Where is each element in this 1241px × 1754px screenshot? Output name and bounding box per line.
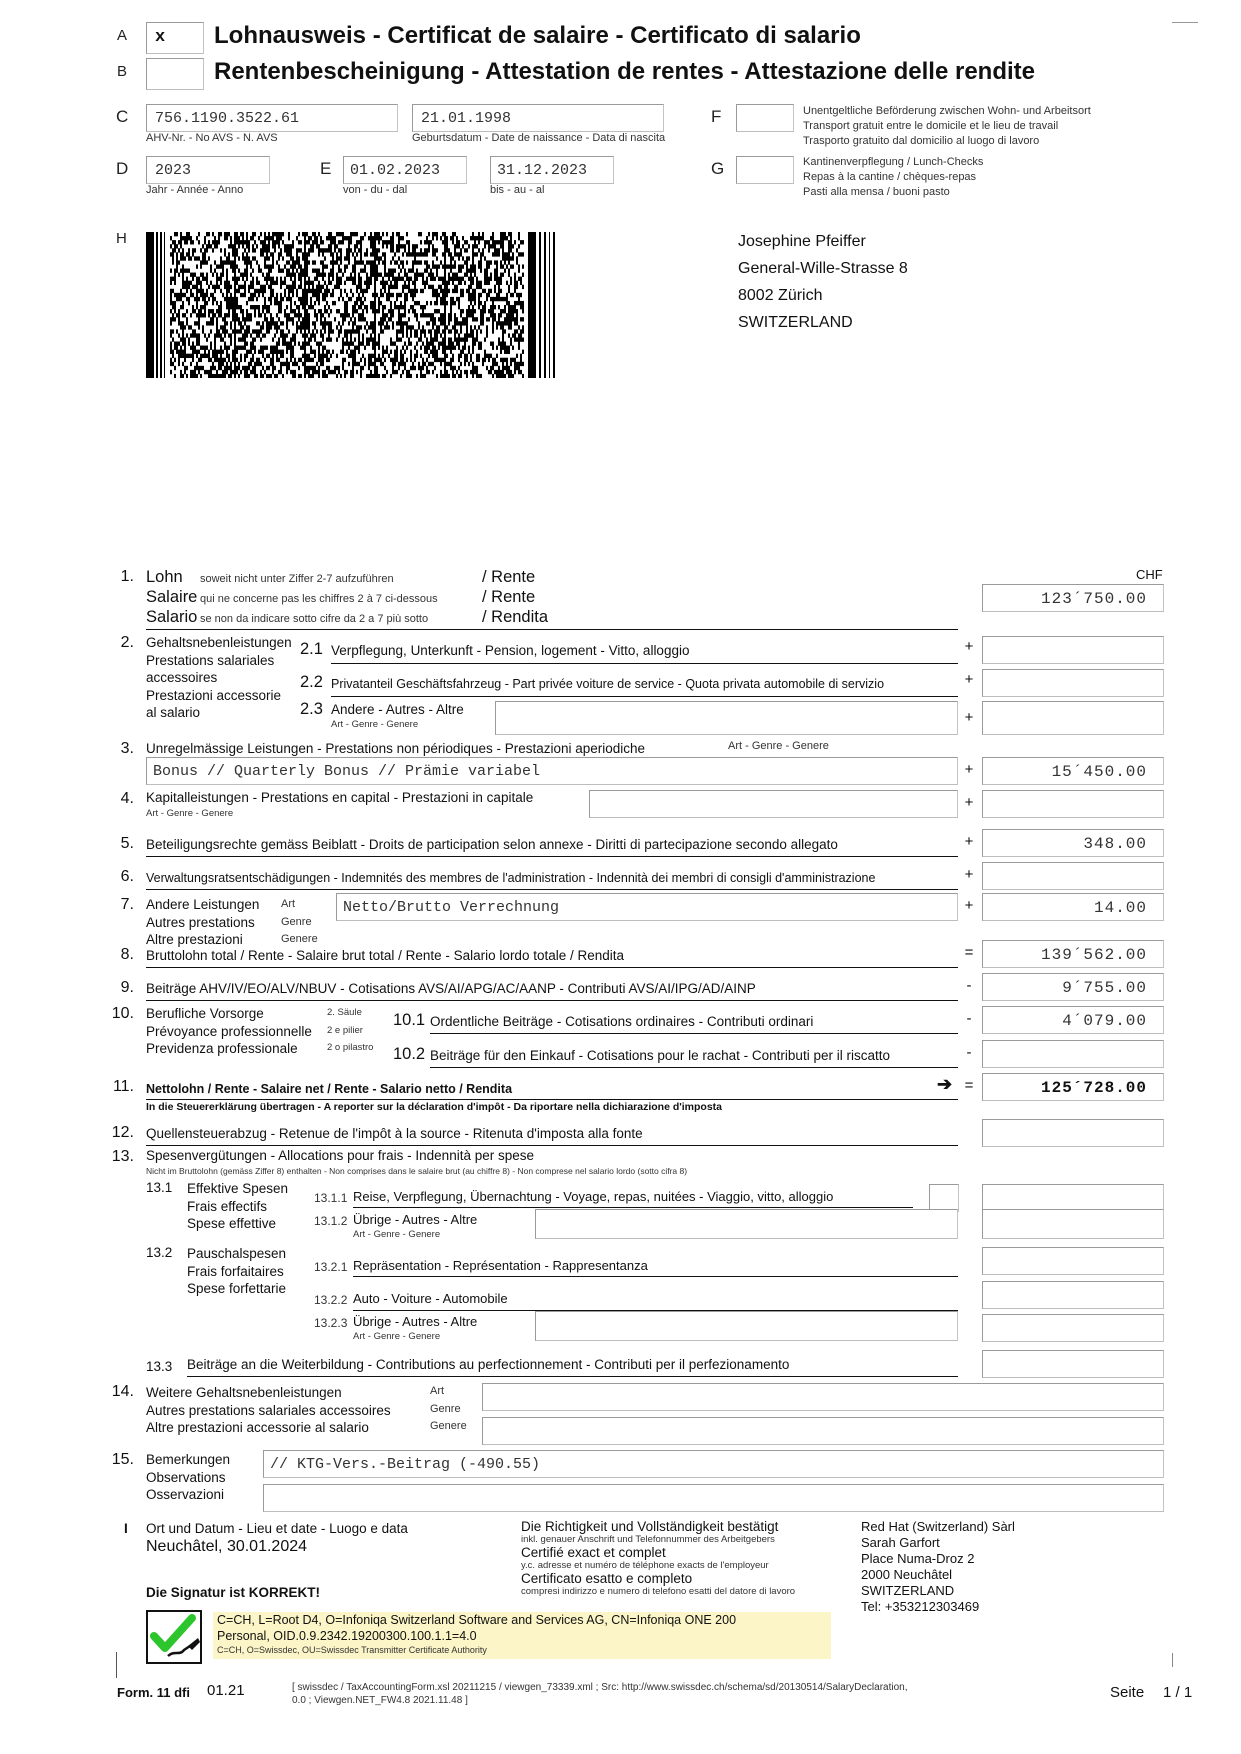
line-6-number: 6. — [104, 868, 134, 886]
title-lohnausweis: Lohnausweis - Certificat de salaire - Ce… — [214, 22, 861, 50]
line-2-text-2: Prestations salariales — [146, 652, 292, 670]
line-13-3-amount-field[interactable] — [982, 1350, 1164, 1378]
line-14-number: 14. — [104, 1383, 134, 1401]
line-8-number: 8. — [104, 946, 134, 964]
employee-street: General-Wille-Strasse 8 — [738, 255, 908, 282]
employer-country: SWITZERLAND — [861, 1583, 1015, 1599]
title-rentenbescheinigung: Rentenbescheinigung - Attestation de ren… — [214, 58, 1035, 86]
arrow-right-icon: ➔ — [937, 1074, 952, 1095]
checkbox-mark: x — [155, 28, 165, 47]
line-2-3-sub: Art - Genre - Genere — [331, 719, 418, 730]
line-11-sub: In die Steuererklärung übertragen - A re… — [146, 1101, 722, 1113]
g-text-fr: Repas à la cantine / chèques-repas — [803, 170, 983, 185]
line-13-1-number: 13.1 — [146, 1180, 172, 1195]
page-number: 1 / 1 — [1163, 1684, 1192, 1701]
line-5-amount: 348.00 — [1083, 835, 1147, 853]
line-1-de: Lohn — [146, 568, 183, 587]
source-info: [ swissdec / TaxAccountingForm.xsl 20211… — [292, 1681, 908, 1707]
line-11-operator: = — [962, 1077, 976, 1094]
ahv-number-value: 756.1190.3522.61 — [155, 110, 299, 127]
line-11-number: 11. — [104, 1078, 134, 1096]
line-15-number: 15. — [104, 1451, 134, 1469]
line-7-type: Netto/Brutto Verrechnung — [343, 899, 559, 916]
line-10-number: 10. — [104, 1005, 134, 1023]
line-14-art-it: Genere — [430, 1418, 467, 1436]
line-2-2-rule — [331, 696, 958, 697]
line-9-number: 9. — [104, 979, 134, 997]
line-7-text-de: Andere Leistungen — [146, 896, 259, 914]
line-13-2-text: Pauschalspesen Frais forfaitaires Spese … — [187, 1245, 286, 1298]
remarks-field-1[interactable]: // KTG-Vers.-Beitrag (-490.55) — [263, 1450, 1164, 1478]
line-13-1-1-text: Reise, Verpflegung, Übernachtung - Voyag… — [353, 1189, 833, 1204]
line-13-2-1-amount-field[interactable] — [982, 1247, 1164, 1275]
confirm-it-sub: compresi indirizzo e numero di telefono … — [521, 1586, 795, 1597]
line-2-3-operator: + — [962, 709, 976, 726]
line-2-text-1: Gehaltsnebenleistungen — [146, 634, 292, 652]
line-7-text-it: Altre prestazioni — [146, 931, 259, 949]
line-15-text-fr: Observations — [146, 1469, 230, 1487]
line-5-rule — [146, 856, 958, 857]
line-6-text: Verwaltungsratsentschädigungen - Indemni… — [146, 871, 875, 885]
line-1-number: 1. — [104, 568, 134, 586]
line-13-2-de: Pauschalspesen — [187, 1245, 286, 1263]
employee-name: Josephine Pfeiffer — [738, 228, 908, 255]
line-13-2-2-number: 13.2.2 — [314, 1293, 347, 1307]
line-12-rule — [146, 1145, 958, 1146]
line-13-2-2-text: Auto - Voiture - Automobile — [353, 1291, 508, 1306]
line-7-number: 7. — [104, 896, 134, 914]
line-10-text-de: Berufliche Vorsorge — [146, 1005, 312, 1023]
line-4-text: Kapitalleistungen - Prestations en capit… — [146, 790, 533, 805]
line-13-2-3-amount-field[interactable] — [982, 1314, 1164, 1342]
line-11-rule — [146, 1099, 958, 1100]
employee-address: Josephine Pfeiffer General-Wille-Strasse… — [738, 228, 908, 336]
line-13-1-1-amount-field[interactable] — [982, 1184, 1164, 1212]
employer-address: Red Hat (Switzerland) Sàrl Sarah Garfort… — [861, 1519, 1015, 1615]
line-10-pillar-fr: 2 e pilier — [327, 1022, 373, 1040]
line-5-operator: + — [962, 833, 976, 850]
employer-city: 2000 Neuchâtel — [861, 1567, 1015, 1583]
line-13-3-number: 13.3 — [146, 1359, 172, 1374]
line-13-1-2-sub: Art - Genre - Genere — [353, 1229, 440, 1240]
employer-name: Red Hat (Switzerland) Sàrl — [861, 1519, 1015, 1535]
line-13-2-3-number: 13.2.3 — [314, 1316, 347, 1330]
line-15-text-de: Bemerkungen — [146, 1451, 230, 1469]
f-text-de: Unentgeltliche Beförderung zwischen Wohn… — [803, 104, 1091, 119]
line-13-2-3-text: Übrige - Autres - Altre — [353, 1314, 477, 1329]
line-2-3-type-field[interactable] — [495, 701, 958, 735]
row-c-label: C — [116, 107, 128, 127]
line-13-1-de: Effektive Spesen — [187, 1180, 288, 1198]
line-4-amount-field[interactable] — [982, 790, 1164, 818]
line-2-number: 2. — [104, 634, 134, 652]
line-7-text-fr: Autres prestations — [146, 914, 259, 932]
line-2-text: Gehaltsnebenleistungen Prestations salar… — [146, 634, 292, 722]
confirm-de-sub: inkl. genauer Anschrift und Telefonnumme… — [521, 1534, 795, 1545]
line-1-amount: 123´750.00 — [1041, 590, 1147, 608]
line-10-2-text: Beiträge für den Einkauf - Cotisations p… — [430, 1048, 890, 1063]
line-10-1-text: Ordentliche Beiträge - Cotisations ordin… — [430, 1014, 813, 1029]
signature-status: Die Signatur ist KORREKT! — [146, 1585, 320, 1600]
line-14-art-fr: Genre — [430, 1401, 467, 1419]
line-10-2-amount-field[interactable] — [982, 1040, 1164, 1068]
year-caption: Jahr - Année - Anno — [146, 184, 243, 196]
confirm-it: Certificato esatto e completo — [521, 1571, 795, 1586]
line-11-text: Nettolohn / Rente - Salaire net / Rente … — [146, 1082, 512, 1096]
employee-city: 8002 Zürich — [738, 282, 908, 309]
line-7-art-it: Genere — [281, 931, 318, 949]
row-d-label: D — [116, 159, 128, 179]
line-5-amount-field[interactable]: 348.00 — [982, 829, 1164, 857]
line-13-1-1-rule — [353, 1207, 913, 1208]
line-4-type-field[interactable] — [589, 790, 958, 818]
line-9-amount: 9´755.00 — [1062, 979, 1147, 997]
line-13-1-2-text: Übrige - Autres - Altre — [353, 1212, 477, 1227]
line-9-text: Beiträge AHV/IV/EO/ALV/NBUV - Cotisation… — [146, 981, 756, 996]
line-9-operator: - — [962, 977, 976, 994]
g-text-it: Pasti alla mensa / buoni pasto — [803, 185, 983, 200]
cert-line-1: C=CH, L=Root D4, O=Infoniqa Switzerland … — [217, 1613, 736, 1627]
employer-street: Place Numa-Droz 2 — [861, 1551, 1015, 1567]
employer-contact: Sarah Garfort — [861, 1535, 1015, 1551]
line-7-type-field[interactable]: Netto/Brutto Verrechnung — [336, 893, 958, 921]
line-10-1-rule — [430, 1033, 958, 1034]
line-3-type: Bonus // Quarterly Bonus // Prämie varia… — [153, 763, 540, 780]
place-date-label: Ort und Datum - Lieu et date - Luogo e d… — [146, 1521, 408, 1536]
free-transport-text: Unentgeltliche Beförderung zwischen Wohn… — [803, 104, 1091, 149]
line-13-1-2-amount-field[interactable] — [982, 1209, 1164, 1239]
canteen-checkbox[interactable] — [736, 156, 794, 184]
line-1-it-rente: / Rendita — [482, 608, 548, 627]
row-i-label: I — [124, 1521, 128, 1536]
line-12-amount-field[interactable] — [982, 1119, 1164, 1147]
free-transport-checkbox[interactable] — [736, 104, 794, 132]
line-3-operator: + — [962, 761, 976, 778]
line-2-1-text: Verpflegung, Unterkunft - Pension, logem… — [331, 643, 689, 658]
line-1-fr: Salaire — [146, 588, 197, 607]
line-4-number: 4. — [104, 790, 134, 808]
lohnausweis-checkbox[interactable]: x — [146, 22, 204, 54]
period-from-field[interactable]: 01.02.2023 — [343, 156, 467, 184]
period-to-caption: bis - au - al — [490, 184, 544, 196]
line-7-art-fr: Genre — [281, 914, 318, 932]
confirm-fr: Certifié exact et complet — [521, 1545, 795, 1560]
line-10-2-operator: - — [962, 1044, 976, 1061]
line-13-2-1-text: Repräsentation - Représentation - Rappre… — [353, 1258, 648, 1273]
line-3-sub: Art - Genre - Genere — [728, 740, 829, 752]
remarks-field-2[interactable] — [263, 1484, 1164, 1512]
line-3-number: 3. — [104, 740, 134, 758]
line-2-3-text: Andere - Autres - Altre — [331, 702, 464, 717]
row-g-label: G — [711, 159, 724, 179]
period-from-value: 01.02.2023 — [350, 162, 440, 179]
remarks-value-1: // KTG-Vers.-Beitrag (-490.55) — [270, 1456, 540, 1473]
line-8-amount: 139´562.00 — [1041, 946, 1147, 964]
line-11-amount-field[interactable]: 125´728.00 — [982, 1073, 1164, 1101]
row-e-label: E — [320, 159, 331, 179]
line-6-amount-field[interactable] — [982, 862, 1164, 890]
line-10-1-amount-field[interactable]: 4´079.00 — [982, 1006, 1164, 1034]
confirm-fr-sub: y.c. adresse et numéro de téléphone exac… — [521, 1560, 795, 1571]
line-13-1-it: Spese effettive — [187, 1215, 288, 1233]
row-h-label: H — [116, 230, 127, 247]
pdf417-barcode — [146, 232, 558, 378]
form-version: 01.21 — [207, 1682, 245, 1699]
line-13-2-3-sub: Art - Genre - Genere — [353, 1331, 440, 1342]
period-to-field[interactable]: 31.12.2023 — [490, 156, 614, 184]
line-13-1-1-check-field[interactable] — [929, 1184, 959, 1212]
employer-phone: Tel: +353212303469 — [861, 1599, 1015, 1615]
employee-country: SWITZERLAND — [738, 309, 908, 336]
line-14-field-2[interactable] — [482, 1417, 1164, 1445]
line-5-number: 5. — [104, 835, 134, 853]
line-1-amount-field[interactable]: 123´750.00 — [982, 584, 1164, 612]
cert-line-2: Personal, OID.0.9.2342.19200300.100.1.1=… — [217, 1629, 477, 1643]
birthdate-field[interactable]: 21.01.1998 — [412, 104, 664, 132]
line-14-art: Art Genre Genere — [430, 1383, 467, 1436]
line-2-1-operator: + — [962, 638, 976, 655]
row-b-label: B — [117, 63, 127, 80]
certificate-info: C=CH, L=Root D4, O=Infoniqa Switzerland … — [213, 1612, 831, 1659]
line-13-number: 13. — [104, 1148, 134, 1166]
line-2-text-4: Prestazioni accessorie — [146, 687, 292, 705]
line-7-amount: 14.00 — [1094, 899, 1147, 917]
line-13-3-text: Beiträge an die Weiterbildung - Contribu… — [187, 1357, 789, 1372]
line-2-2-operator: + — [962, 671, 976, 688]
line-2-1-number: 2.1 — [300, 640, 323, 659]
line-6-operator: + — [962, 866, 976, 883]
line-13-sub: Nicht im Bruttolohn (gemäss Ziffer 8) en… — [146, 1166, 687, 1176]
place-date-value: Neuchâtel, 30.01.2024 — [146, 1538, 307, 1556]
line-7-operator: + — [962, 897, 976, 914]
line-14-field-1[interactable] — [482, 1383, 1164, 1411]
line-6-rule — [146, 889, 958, 890]
line-13-2-1-number: 13.2.1 — [314, 1260, 347, 1274]
line-3-text: Unregelmässige Leistungen - Prestations … — [146, 741, 645, 756]
line-10-text-fr: Prévoyance professionnelle — [146, 1023, 312, 1041]
line-10-pillar-de: 2. Säule — [327, 1004, 373, 1022]
confirm-de: Die Richtigkeit und Vollständigkeit best… — [521, 1519, 795, 1534]
line-13-2-3-type-field[interactable] — [535, 1311, 958, 1341]
line-10-1-amount: 4´079.00 — [1062, 1012, 1147, 1030]
line-2-3-number: 2.3 — [300, 700, 323, 719]
birthdate-value: 21.01.1998 — [421, 110, 511, 127]
row-a-label: A — [117, 27, 127, 44]
line-14-text-fr: Autres prestations salariales accessoire… — [146, 1402, 391, 1420]
line-13-2-2-amount-field[interactable] — [982, 1281, 1164, 1309]
line-13-1-2-number: 13.1.2 — [314, 1214, 347, 1228]
line-2-text-3: accessoires — [146, 669, 292, 687]
line-2-3-amount-field[interactable] — [982, 701, 1164, 735]
line-1-de-sub: soweit nicht unter Ziffer 2-7 aufzuführe… — [200, 573, 394, 585]
line-4-operator: + — [962, 794, 976, 811]
line-10-pillar-it: 2 o pilastro — [327, 1039, 373, 1057]
line-5-text: Beteiligungsrechte gemäss Beiblatt - Dro… — [146, 837, 838, 852]
line-1-fr-sub: qui ne concerne pas les chiffres 2 à 7 c… — [200, 593, 438, 605]
line-2-2-text: Privatanteil Geschäftsfahrzeug - Part pr… — [331, 677, 884, 691]
canteen-text: Kantinenverpflegung / Lunch-Checks Repas… — [803, 155, 983, 200]
line-2-2-number: 2.2 — [300, 673, 323, 692]
line-13-2-it: Spese forfettarie — [187, 1280, 286, 1298]
line-8-operator: = — [962, 944, 976, 961]
line-13-1-text: Effektive Spesen Frais effectifs Spese e… — [187, 1180, 288, 1233]
year-field[interactable]: 2023 — [146, 156, 270, 184]
line-10-1-operator: - — [962, 1010, 976, 1027]
rentenbescheinigung-checkbox[interactable] — [146, 58, 204, 90]
line-11-amount: 125´728.00 — [1041, 1079, 1147, 1097]
cert-line-3: C=CH, O=Swissdec, OU=Swissdec Transmitte… — [217, 1645, 487, 1655]
line-15-text: Bemerkungen Observations Osservazioni — [146, 1451, 230, 1504]
margin-mark-left — [116, 1652, 117, 1678]
line-3-amount-field[interactable]: 15´450.00 — [982, 757, 1164, 785]
line-1-rule — [146, 629, 958, 630]
line-13-2-number: 13.2 — [146, 1245, 172, 1260]
line-2-2-amount-field[interactable] — [982, 669, 1164, 697]
line-1-fr-rente: / Rente — [482, 588, 535, 607]
line-7-art: Art Genre Genere — [281, 896, 318, 949]
line-4-sub: Art - Genre - Genere — [146, 808, 233, 819]
line-3-type-field[interactable]: Bonus // Quarterly Bonus // Prämie varia… — [146, 757, 958, 785]
line-3-amount: 15´450.00 — [1052, 763, 1147, 781]
line-13-1-fr: Frais effectifs — [187, 1198, 288, 1216]
line-14-text: Weitere Gehaltsnebenleistungen Autres pr… — [146, 1384, 391, 1437]
line-13-text: Spesenvergütungen - Allocations pour fra… — [146, 1148, 534, 1163]
line-10-text-it: Previdenza professionale — [146, 1040, 312, 1058]
margin-mark-right — [1172, 1653, 1173, 1667]
line-8-amount-field[interactable]: 139´562.00 — [982, 940, 1164, 968]
source-line-1: [ swissdec / TaxAccountingForm.xsl 20211… — [292, 1681, 908, 1694]
ahv-caption: AHV-Nr. - No AVS - N. AVS — [146, 132, 278, 144]
line-9-amount-field[interactable]: 9´755.00 — [982, 973, 1164, 1001]
line-13-2-1-rule — [353, 1276, 958, 1277]
year-value: 2023 — [155, 162, 191, 179]
line-13-3-rule — [187, 1376, 958, 1377]
signature-valid-icon — [146, 1610, 202, 1664]
line-10-2-rule — [430, 1067, 958, 1068]
line-13-2-fr: Frais forfaitaires — [187, 1263, 286, 1281]
line-2-text-5: al salario — [146, 704, 292, 722]
line-7-text: Andere Leistungen Autres prestations Alt… — [146, 896, 259, 949]
line-10-text: Berufliche Vorsorge Prévoyance professio… — [146, 1005, 312, 1058]
line-14-art-de: Art — [430, 1383, 467, 1401]
line-7-art-de: Art — [281, 896, 318, 914]
line-13-1-2-type-field[interactable] — [535, 1209, 958, 1239]
period-from-caption: von - du - dal — [343, 184, 407, 196]
line-10-2-number: 10.2 — [393, 1045, 425, 1064]
g-text-de: Kantinenverpflegung / Lunch-Checks — [803, 155, 983, 170]
form-number: Form. 11 dfi — [117, 1685, 190, 1700]
line-1-it-sub: se non da indicare sotto cifre da 2 a 7 … — [200, 613, 428, 625]
row-f-label: F — [711, 107, 721, 127]
corner-mark — [1172, 22, 1198, 23]
line-8-rule — [146, 967, 958, 968]
f-text-it: Trasporto gratuito dal domicilio al luog… — [803, 134, 1091, 149]
line-15-text-it: Osservazioni — [146, 1486, 230, 1504]
birthdate-caption: Geburtsdatum - Date de naissance - Data … — [412, 132, 665, 144]
f-text-fr: Transport gratuit entre le domicile et l… — [803, 119, 1091, 134]
period-to-value: 31.12.2023 — [497, 162, 587, 179]
currency-label: CHF — [1136, 567, 1163, 582]
confirmation-text: Die Richtigkeit und Vollständigkeit best… — [521, 1519, 795, 1597]
line-14-text-de: Weitere Gehaltsnebenleistungen — [146, 1384, 391, 1402]
line-1-it: Salario — [146, 608, 197, 627]
line-8-text: Bruttolohn total / Rente - Salaire brut … — [146, 948, 624, 963]
line-10-1-number: 10.1 — [393, 1011, 425, 1030]
line-14-text-it: Altre prestazioni accessorie al salario — [146, 1419, 391, 1437]
source-line-2: 0.0 ; Viewgen.NET_FW4.8 2021.11.48 ] — [292, 1694, 908, 1707]
line-7-amount-field[interactable]: 14.00 — [982, 893, 1164, 921]
line-10-pillar: 2. Säule 2 e pilier 2 o pilastro — [327, 1004, 373, 1057]
line-1-de-rente: / Rente — [482, 568, 535, 587]
line-12-text: Quellensteuerabzug - Retenue de l'impôt … — [146, 1126, 643, 1141]
page-label: Seite — [1110, 1684, 1144, 1701]
line-12-number: 12. — [104, 1124, 134, 1142]
line-2-1-amount-field[interactable] — [982, 636, 1164, 664]
line-9-rule — [146, 1000, 958, 1001]
line-13-1-1-number: 13.1.1 — [314, 1191, 347, 1205]
ahv-number-field[interactable]: 756.1190.3522.61 — [146, 104, 398, 132]
line-2-1-rule — [331, 663, 958, 664]
